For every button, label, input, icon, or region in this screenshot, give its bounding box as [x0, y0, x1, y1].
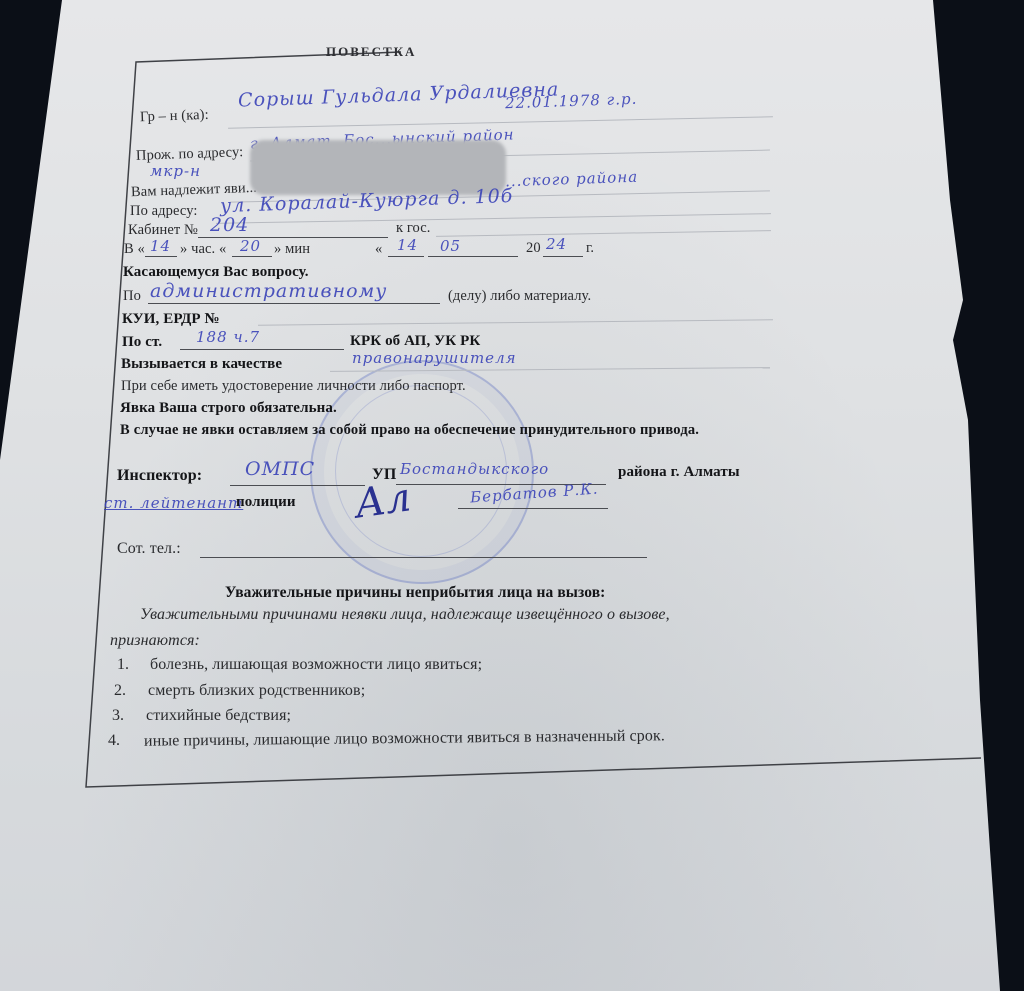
to-address-label: По адресу: — [130, 203, 198, 220]
day-value: 14 — [397, 236, 418, 254]
article-line — [180, 349, 344, 350]
inspector-line — [230, 485, 365, 486]
inspector-label: Инспектор: — [117, 467, 202, 485]
reason-text: смерть близких родственников; — [148, 682, 365, 700]
role-label: Вызывается в качестве — [121, 356, 282, 373]
kui-label: КУИ, ЕРДР № — [122, 311, 220, 328]
article-suffix: КРК об АП, УК РК — [350, 333, 480, 350]
rank-value: ст. лейтенант — [104, 494, 243, 512]
floor-label: к гос. — [396, 220, 431, 237]
citizen-label: Гр – н (ка): — [140, 107, 209, 126]
reason-number: 2. — [114, 682, 126, 700]
reason-number: 3. — [112, 707, 124, 725]
cabinet-line — [198, 237, 388, 238]
reason-text: стихийные бедствия; — [146, 707, 291, 725]
article-label: По ст. — [122, 334, 162, 351]
id-note: При себе иметь удостоверение личности ли… — [121, 378, 466, 395]
minute-suffix: » мин — [274, 241, 310, 258]
reasons-intro-2: признаются: — [110, 632, 200, 650]
concerning-label: Касающемуся Вас вопросу. — [123, 264, 309, 281]
name-line — [458, 508, 608, 509]
role-value: правонарушителя — [352, 349, 517, 367]
reasons-heading: Уважительные причины неприбытия лица на … — [225, 584, 605, 602]
hour-suffix: » час. « — [180, 241, 226, 258]
case-line — [148, 303, 440, 304]
hour-value: 14 — [150, 237, 171, 255]
signature: Ал — [352, 474, 414, 527]
mandatory-note: Явка Ваша строго обязательна. — [120, 400, 337, 417]
phone-line — [200, 557, 647, 558]
month-value: 05 — [440, 237, 461, 255]
minute-value: 20 — [240, 237, 261, 255]
reasons-intro: Уважительными причинами неявки лица, над… — [140, 606, 670, 624]
date-prefix: « — [375, 241, 382, 258]
warning-note: В случае не явки оставляем за собой прав… — [120, 422, 699, 439]
up-value: Бостандыкского — [400, 460, 549, 478]
district-label: района г. Алматы — [618, 464, 740, 481]
reason-number: 4. — [108, 732, 120, 750]
case-prefix: По — [123, 288, 141, 305]
reason-number: 1. — [117, 656, 129, 674]
year-suffix: г. — [586, 240, 594, 257]
cabinet-value: 204 — [210, 214, 249, 236]
case-value: административному — [150, 280, 387, 302]
reason-text: болезнь, лишающая возможности лицо явить… — [150, 656, 482, 674]
address-value-2: мкр-н — [150, 162, 201, 180]
year-prefix: 20 — [526, 240, 541, 257]
document-title-text: ПОВЕСТКА — [326, 44, 416, 59]
time-prefix: В « — [124, 241, 145, 258]
article-value: 188 ч.7 — [196, 328, 260, 346]
year-value: 24 — [546, 235, 567, 253]
phone-label: Сот. тел.: — [117, 540, 181, 558]
case-suffix: (делу) либо материалу. — [448, 288, 591, 305]
police-label: полиции — [236, 494, 296, 511]
document-title: ПОВЕСТКА — [326, 44, 416, 60]
inspector-value: ОМПС — [245, 458, 315, 480]
